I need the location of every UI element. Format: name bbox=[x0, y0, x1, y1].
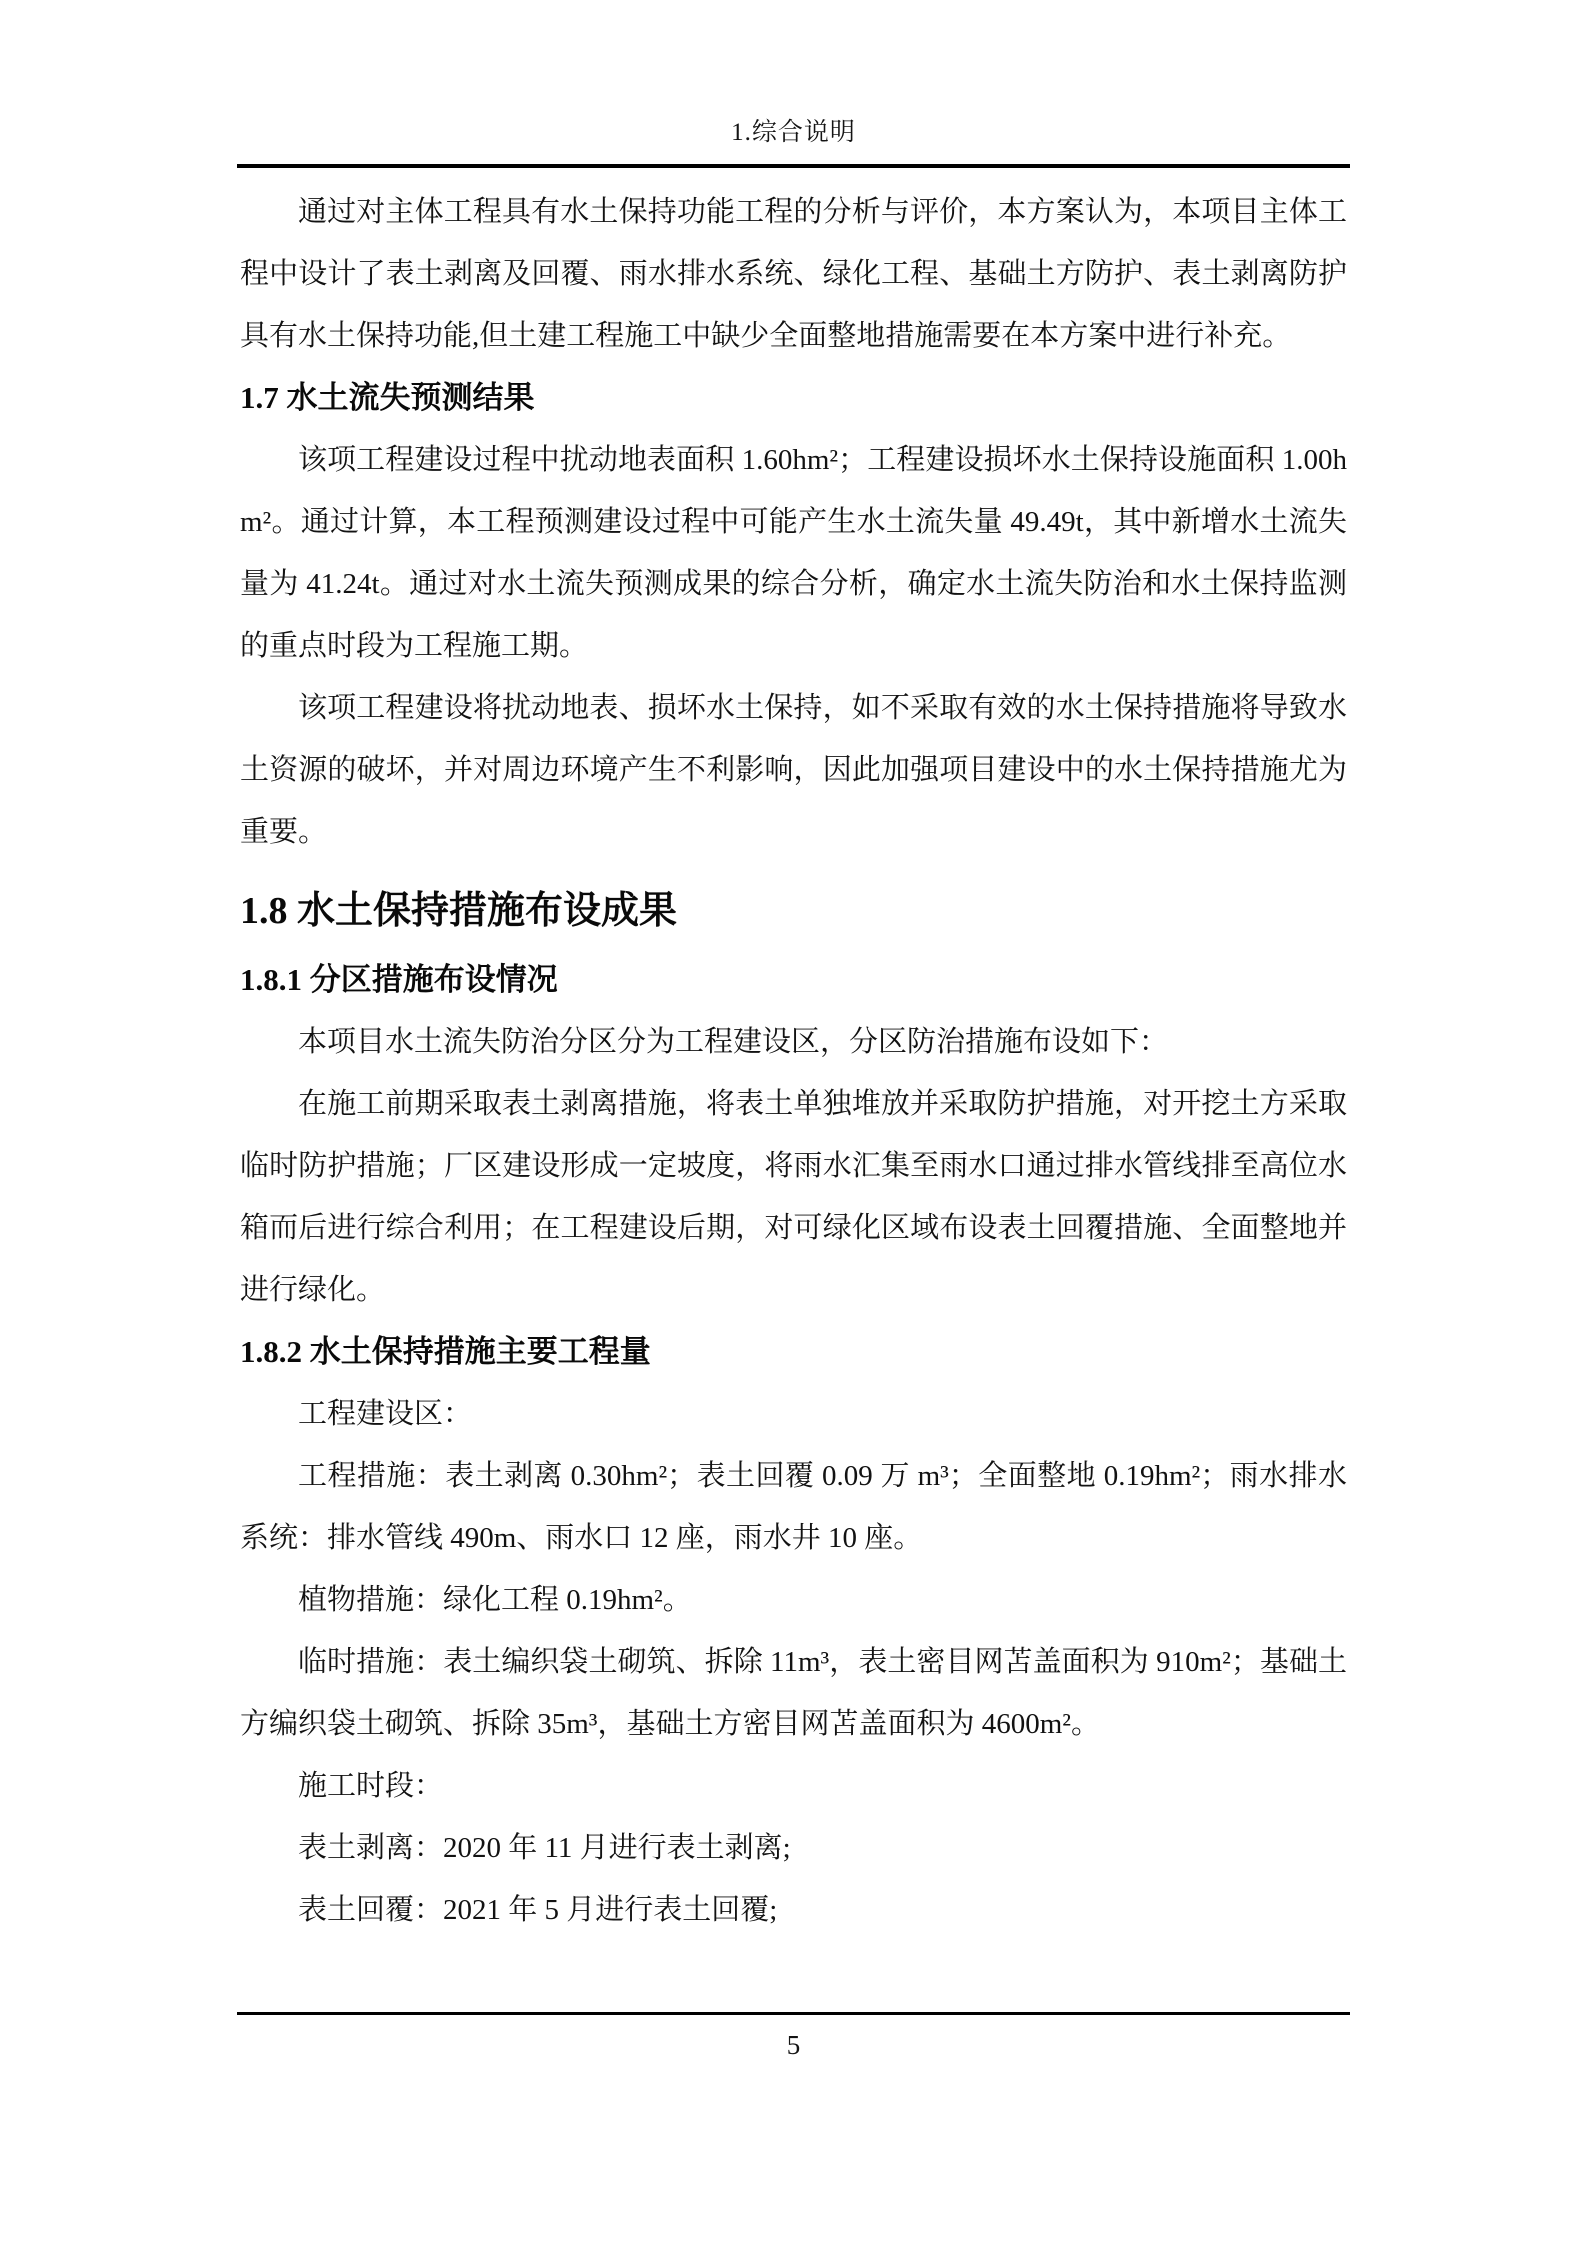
paragraph-temporary-measures: 临时措施：表土编织袋土砌筑、拆除 11m³，表土密目网苫盖面积为 910m²；基… bbox=[240, 1631, 1347, 1755]
paragraph-zone-label: 工程建设区： bbox=[240, 1383, 1347, 1445]
page-number: 5 bbox=[0, 2030, 1587, 2061]
paragraph-prediction-importance: 该项工程建设将扰动地表、损坏水土保持，如不采取有效的水土保持措施将导致水土资源的… bbox=[240, 677, 1347, 863]
header-rule bbox=[237, 164, 1350, 168]
running-header-title: 1.综合说明 bbox=[731, 119, 856, 146]
document-page: 1.综合说明 通过对主体工程具有水土保持功能工程的分析与评价，本方案认为，本项目… bbox=[0, 0, 1587, 2245]
paragraph-schedule-topsoil-strip: 表土剥离：2020 年 11 月进行表土剥离; bbox=[240, 1817, 1347, 1879]
footer-rule bbox=[237, 2012, 1350, 2015]
running-header: 1.综合说明 bbox=[0, 112, 1587, 148]
heading-1-8: 1.8 水土保持措施布设成果 bbox=[240, 873, 1347, 949]
paragraph-schedule-topsoil-cover: 表土回覆：2021 年 5 月进行表土回覆; bbox=[240, 1879, 1347, 1941]
document-body: 通过对主体工程具有水土保持功能工程的分析与评价，本方案认为，本项目主体工程中设计… bbox=[240, 181, 1347, 1941]
heading-1-8-2: 1.8.2 水土保持措施主要工程量 bbox=[240, 1321, 1347, 1383]
paragraph-zoning-detail: 在施工前期采取表土剥离措施，将表土单独堆放并采取防护措施，对开挖土方采取临时防护… bbox=[240, 1073, 1347, 1321]
paragraph-intro: 通过对主体工程具有水土保持功能工程的分析与评价，本方案认为，本项目主体工程中设计… bbox=[240, 181, 1347, 367]
paragraph-plant-measures: 植物措施：绿化工程 0.19hm²。 bbox=[240, 1569, 1347, 1631]
heading-1-8-1: 1.8.1 分区措施布设情况 bbox=[240, 949, 1347, 1011]
paragraph-engineering-measures: 工程措施：表土剥离 0.30hm²；表土回覆 0.09 万 m³；全面整地 0.… bbox=[240, 1445, 1347, 1569]
paragraph-zoning-intro: 本项目水土流失防治分区分为工程建设区，分区防治措施布设如下： bbox=[240, 1011, 1347, 1073]
paragraph-schedule-label: 施工时段： bbox=[240, 1755, 1347, 1817]
paragraph-prediction-results: 该项工程建设过程中扰动地表面积 1.60hm²；工程建设损坏水土保持设施面积 1… bbox=[240, 429, 1347, 677]
heading-1-7: 1.7 水土流失预测结果 bbox=[240, 367, 1347, 429]
